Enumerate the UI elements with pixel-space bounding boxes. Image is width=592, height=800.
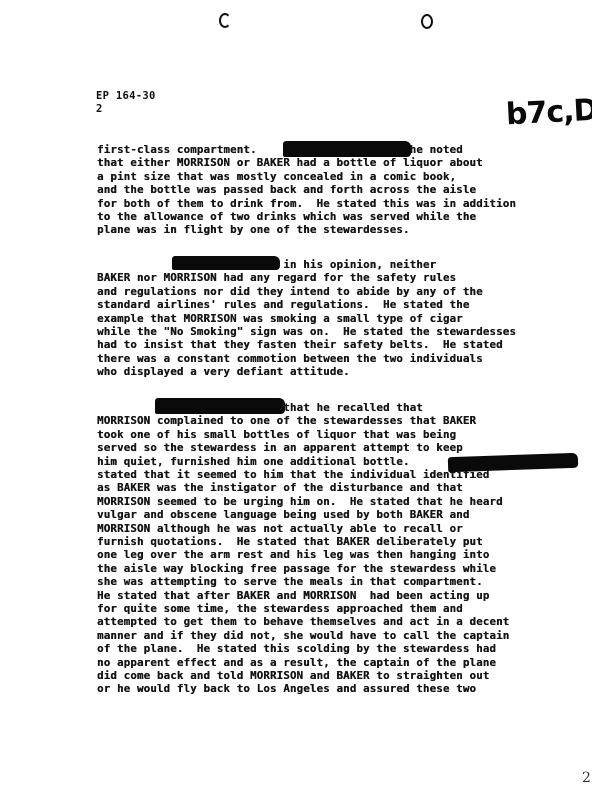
text-line: attempted to get them to behave themselv… [97, 615, 509, 628]
text-line: a pint size that was mostly concealed in… [97, 170, 456, 183]
text-line: no apparent effect and as a result, the … [97, 656, 496, 669]
text-line: or he would fly back to Los Angeles and … [97, 682, 476, 695]
text-line: and regulations nor did they intend to a… [97, 285, 483, 298]
text-line: did come back and told MORRISON and BAKE… [97, 669, 489, 682]
text-line: example that MORRISON was smoking a smal… [97, 312, 463, 325]
redaction-block [155, 398, 285, 414]
text-line: there was a constant commotion between t… [97, 352, 483, 365]
text-line: that either MORRISON or BAKER had a bott… [97, 156, 483, 169]
text-line: MORRISON seemed to be urging him on. He … [97, 495, 503, 508]
redaction-block [172, 256, 280, 270]
handwritten-exemption-annotation: b7c,D [505, 93, 592, 133]
punch-hole-right [421, 14, 433, 29]
text-line: manner and if they did not, she would ha… [97, 629, 509, 642]
text-line: while the "No Smoking" sign was on. He s… [97, 325, 516, 338]
text-line: of the plane. He stated this scolding by… [97, 642, 496, 655]
text-line: He stated that after BAKER and MORRISON … [97, 589, 489, 602]
text-line: standard airlines' rules and regulations… [97, 298, 469, 311]
text-line: one leg over the arm rest and his leg wa… [97, 548, 489, 561]
page-number: 2 [96, 103, 103, 115]
text-line: BAKER nor MORRISON had any regard for th… [97, 271, 456, 284]
text-line: the aisle way blocking free passage for … [97, 562, 496, 575]
text-line: who displayed a very defiant attitude. [97, 365, 350, 378]
text-line: she was attempting to serve the meals in… [97, 575, 483, 588]
text-line: vulgar and obscene language being used b… [97, 508, 469, 521]
text-line: him quiet, furnished him one additional … [97, 455, 410, 468]
text-line: plane was in flight by one of the stewar… [97, 223, 410, 236]
text-line: MORRISON although he was not actually ab… [97, 522, 463, 535]
text-line: to the allowance of two drinks which was… [97, 210, 476, 223]
text-line: took one of his small bottles of liquor … [97, 428, 456, 441]
text-line: and the bottle was passed back and forth… [97, 183, 476, 196]
punch-hole-left [219, 13, 231, 28]
redaction-block [448, 453, 578, 473]
text-line: served so the stewardess in an apparent … [97, 441, 463, 454]
text-line: for both of them to drink from. He state… [97, 197, 516, 210]
text-line: as BAKER was the instigator of the distu… [97, 481, 463, 494]
text-line: for quite some time, the stewardess appr… [97, 602, 463, 615]
text-line: MORRISON complained to one of the stewar… [97, 414, 476, 427]
margin-mark: 2 [582, 770, 591, 786]
text-line: stated that it seemed to him that the in… [97, 468, 489, 481]
text-line: had to insist that they fasten their saf… [97, 338, 503, 351]
text-line: furnish quotations. He stated that BAKER… [97, 535, 483, 548]
redaction-block [283, 141, 411, 157]
file-number: EP 164-30 [96, 90, 156, 102]
